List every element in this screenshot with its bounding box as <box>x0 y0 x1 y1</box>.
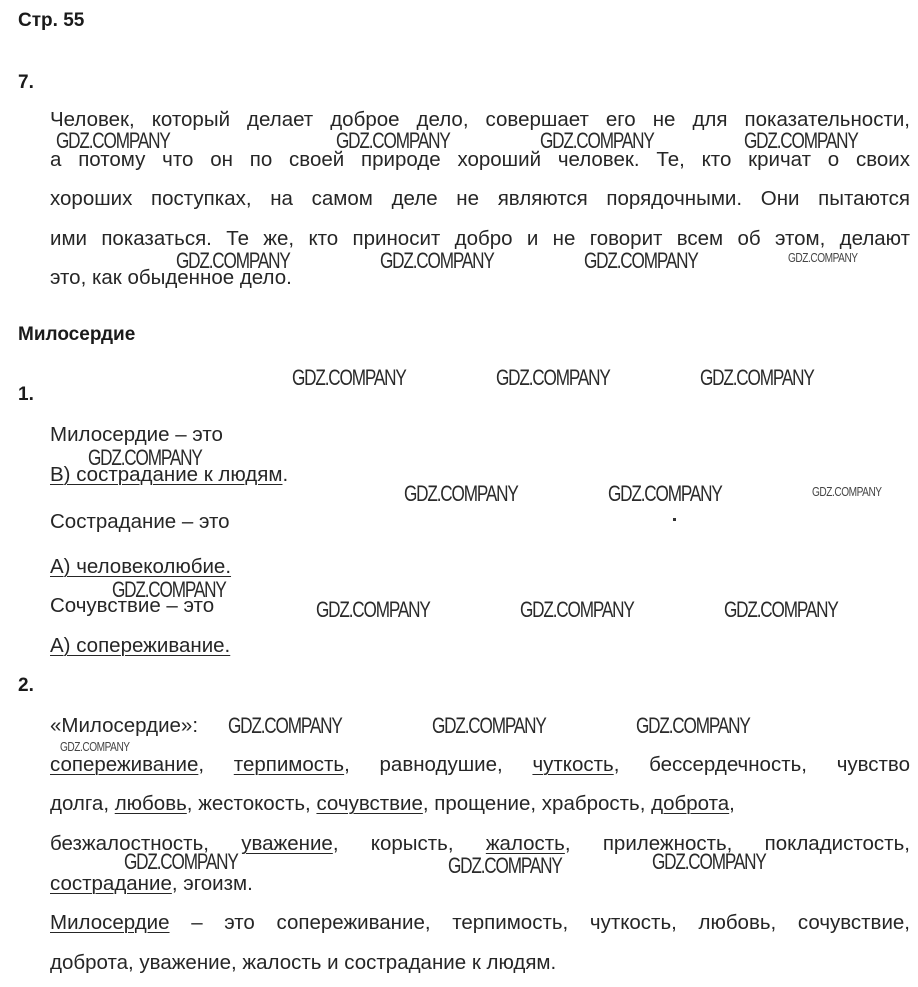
section-title: Милосердие <box>18 324 135 346</box>
word: эгоизм <box>183 872 247 895</box>
watermark-text: GDZ.COMPANY <box>404 481 518 507</box>
task-7-number: 7. <box>18 72 34 94</box>
watermark-text: GDZ.COMPANY <box>88 445 202 471</box>
word: сопереживание <box>50 753 198 776</box>
word: равнодушие <box>380 753 497 776</box>
watermark-text: GDZ.COMPANY <box>380 248 494 274</box>
task-1-question-2: Сострадание – это <box>50 510 230 534</box>
conclusion-term: Милосердие <box>50 911 170 934</box>
watermark-text: GDZ.COMPANY <box>540 128 654 154</box>
task-1-question-1: Милосердие – это <box>50 423 223 447</box>
word: бессердечность <box>649 753 801 776</box>
watermark-text: GDZ.COMPANY <box>724 597 838 623</box>
task-2-conclusion-line-1: Милосердие – это сопереживание, терпимос… <box>50 911 910 935</box>
task-2-word-line-2: долга, любовь, жестокость, сочувствие, п… <box>50 792 735 816</box>
watermark-text: GDZ.COMPANY <box>496 365 610 391</box>
word: жалость <box>486 832 565 855</box>
word: терпимость <box>234 753 344 776</box>
watermark-text: GDZ.COMPANY <box>636 713 750 739</box>
task-2-word-line-4: сострадание, эгоизм. <box>50 872 253 896</box>
speck <box>673 518 676 521</box>
watermark-text: GDZ.COMPANY <box>520 597 634 623</box>
watermark-text: GDZ.COMPANY <box>336 128 450 154</box>
word: уважение <box>241 832 333 855</box>
task-1-answer-3: А) сопереживание. <box>50 634 230 658</box>
word: чуткость <box>532 753 613 776</box>
word: покладистость <box>765 832 905 855</box>
watermark-text: GDZ.COMPANY <box>812 484 882 499</box>
task-1-number: 1. <box>18 384 34 406</box>
task-1-answer-2: А) человеколюбие. <box>50 555 231 579</box>
task-7-line-3: хороших поступках, на самом деле не явля… <box>50 187 910 211</box>
watermark-text: GDZ.COMPANY <box>448 853 562 879</box>
watermark-text: GDZ.COMPANY <box>432 713 546 739</box>
watermark-text: GDZ.COMPANY <box>788 250 858 265</box>
watermark-text: GDZ.COMPANY <box>112 577 226 603</box>
task-2-word-line-1: сопереживание, терпимость, равнодушие, ч… <box>50 753 910 777</box>
watermark-text: GDZ.COMPANY <box>652 849 766 875</box>
word-part: долга <box>50 792 103 815</box>
word: любовь <box>115 792 187 815</box>
task-2-heading: «Милосердие»: <box>50 714 198 738</box>
watermark-text: GDZ.COMPANY <box>124 849 238 875</box>
watermark-text: GDZ.COMPANY <box>608 481 722 507</box>
watermark-text: GDZ.COMPANY <box>60 739 130 754</box>
page-header: Стр. 55 <box>18 10 84 32</box>
word: сострадание <box>50 872 172 895</box>
word: корысть <box>371 832 448 855</box>
conclusion-text: – это сопереживание, терпимость, чуткост… <box>170 911 910 934</box>
watermark-text: GDZ.COMPANY <box>316 597 430 623</box>
word: сочувствие <box>316 792 422 815</box>
watermark-text: GDZ.COMPANY <box>228 713 342 739</box>
word: прощение <box>434 792 530 815</box>
word: жестокость <box>198 792 305 815</box>
watermark-text: GDZ.COMPANY <box>584 248 698 274</box>
watermark-text: GDZ.COMPANY <box>176 248 290 274</box>
task-2-number: 2. <box>18 675 34 697</box>
task-2-conclusion-line-2: доброта, уважение, жалость и сострадание… <box>50 951 556 975</box>
word: доброта <box>651 792 729 815</box>
watermark-text: GDZ.COMPANY <box>56 128 170 154</box>
answer-1-period: . <box>282 463 288 486</box>
watermark-text: GDZ.COMPANY <box>744 128 858 154</box>
word-part: чувство <box>837 753 910 776</box>
word: храбрость <box>542 792 640 815</box>
watermark-text: GDZ.COMPANY <box>700 365 814 391</box>
watermark-text: GDZ.COMPANY <box>292 365 406 391</box>
